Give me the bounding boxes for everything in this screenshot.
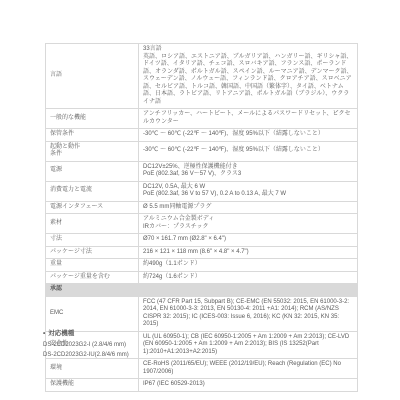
spec-label: 保管条件 <box>46 129 139 142</box>
bullet-icon: • <box>43 330 45 337</box>
spec-value: -30℃ ～ 60℃ (-22℉ ～ 140℉)、湿度 95%以下（結露しないこ… <box>139 129 358 142</box>
spec-label: 言語 <box>46 44 139 109</box>
spec-row: パッケージ寸法216 × 121 × 118 mm (8.6" × 4.8" ×… <box>46 246 358 259</box>
spec-label: 環境 <box>46 359 139 379</box>
spec-value: アンチフリッカー、ハートビート、メールによるパスワードリセット、ピクセルカウンタ… <box>139 109 358 129</box>
spec-row: 言語33言語 英語、ロシア語、エストニア語、ブルガリア語、ハンガリー語、ギリシャ… <box>46 44 358 109</box>
spec-value: -30℃ ～ 60℃ (-22℉ ～ 140℉)、湿度 95%以下（結露しないこ… <box>139 141 358 161</box>
spec-value: IP67 (IEC 60529-2013) <box>139 379 358 392</box>
compatible-models-heading: •対応機種 <box>43 329 129 339</box>
spec-value: アルミニウム合金製ボディ IRカバー：プラスチック <box>139 214 358 234</box>
spec-label: EMC <box>46 296 139 331</box>
spec-row: 電源DC12V±25%、逆極性保護機能付き PoE (802.3af, 36 V… <box>46 161 358 181</box>
spec-label: 素材 <box>46 214 139 234</box>
spec-value: DC12V, 0.5A, 最大 6 W PoE (802.3af, 36 V t… <box>139 181 358 201</box>
spec-value: Ø 5.5 mm同軸電源プラグ <box>139 201 358 214</box>
spec-label: 消費電力と電流 <box>46 181 139 201</box>
spec-label: 重量 <box>46 259 139 272</box>
spec-value: UL (UL 60950-1); CB (IEC 60950-1:2005 + … <box>139 331 358 359</box>
spec-label: パッケージ重量を含む <box>46 271 139 284</box>
spec-value: CE-RoHS (2011/65/EU); WEEE (2012/19/EU);… <box>139 359 358 379</box>
spec-value: 約724g（1.6ポンド） <box>139 271 358 284</box>
spec-row: EMCFCC (47 CFR Part 15, Subpart B); CE-E… <box>46 296 358 331</box>
spec-value: Ø70 × 161.7 mm (Ø2.8" × 6.4") <box>139 234 358 247</box>
spec-label: 起動と動作 条件 <box>46 141 139 161</box>
spec-row: 保管条件-30℃ ～ 60℃ (-22℉ ～ 140℉)、湿度 95%以下（結露… <box>46 129 358 142</box>
spec-row: 素材アルミニウム合金製ボディ IRカバー：プラスチック <box>46 214 358 234</box>
spec-label: 保護機能 <box>46 379 139 392</box>
spec-label: 寸法 <box>46 234 139 247</box>
spec-value: 216 × 121 × 118 mm (8.6" × 4.8" × 4.7") <box>139 246 358 259</box>
spec-row: 保護機能IP67 (IEC 60529-2013) <box>46 379 358 392</box>
spec-row: 電源インタフェースØ 5.5 mm同軸電源プラグ <box>46 201 358 214</box>
spec-row: 環境CE-RoHS (2011/65/EU); WEEE (2012/19/EU… <box>46 359 358 379</box>
spec-row: 起動と動作 条件-30℃ ～ 60℃ (-22℉ ～ 140℉)、湿度 95%以… <box>46 141 358 161</box>
model-item: DS-2CD2023G2-IU(2.8/4/6 mm) <box>43 351 129 361</box>
model-item: DS-2CD2023G2-I (2.8/4/6 mm) <box>43 341 129 351</box>
spec-label: パッケージ寸法 <box>46 246 139 259</box>
spec-row: 消費電力と電流DC12V, 0.5A, 最大 6 W PoE (802.3af,… <box>46 181 358 201</box>
section-row: 承認 <box>46 284 358 297</box>
spec-row: 一般的な機能アンチフリッカー、ハートビート、メールによるパスワードリセット、ピク… <box>46 109 358 129</box>
spec-sheet-page: 言語33言語 英語、ロシア語、エストニア語、ブルガリア語、ハンガリー語、ギリシャ… <box>0 0 400 400</box>
spec-value: FCC (47 CFR Part 15, Subpart B); CE-EMC … <box>139 296 358 331</box>
compatible-models-section: •対応機種 DS-2CD2023G2-I (2.8/4/6 mm) DS-2CD… <box>43 329 129 361</box>
spec-label: 電源インタフェース <box>46 201 139 214</box>
spec-row: 重量約490g（1.1ポンド） <box>46 259 358 272</box>
section-label: 承認 <box>46 284 358 297</box>
spec-row: パッケージ重量を含む約724g（1.6ポンド） <box>46 271 358 284</box>
compatible-models-title: 対応機種 <box>48 330 74 337</box>
spec-value: DC12V±25%、逆極性保護機能付き PoE (802.3af, 36 V～5… <box>139 161 358 181</box>
spec-label: 電源 <box>46 161 139 181</box>
spec-row: 寸法Ø70 × 161.7 mm (Ø2.8" × 6.4") <box>46 234 358 247</box>
spec-value: 33言語 英語、ロシア語、エストニア語、ブルガリア語、ハンガリー語、ギリシャ語、… <box>139 44 358 109</box>
spec-value: 約490g（1.1ポンド） <box>139 259 358 272</box>
spec-label: 一般的な機能 <box>46 109 139 129</box>
